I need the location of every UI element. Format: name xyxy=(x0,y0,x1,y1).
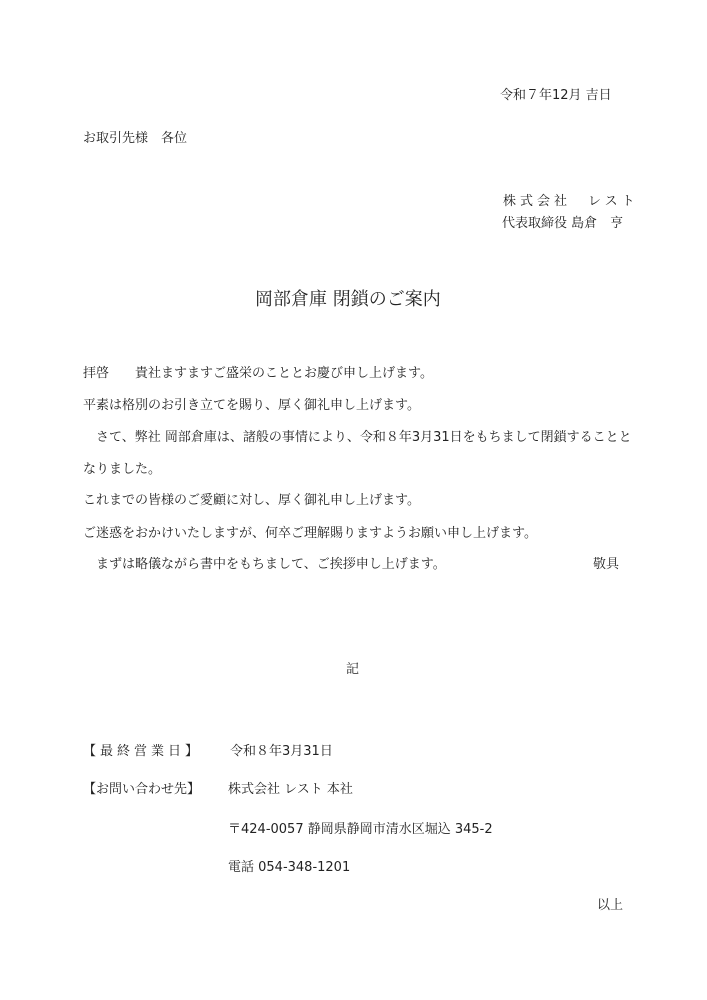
closing-line: まずは略儀ながら書中をもちまして、ご挨拶申し上げます。 xyxy=(83,557,446,573)
last-day-value: 令和８年3月31日 xyxy=(230,744,333,760)
sender-company: 株式会社 レスト xyxy=(503,194,639,210)
page-title: 岡部倉庫 閉鎖のご案内 xyxy=(255,289,441,311)
last-day-label: 【最終営業日】 xyxy=(83,744,202,760)
contact-label: 【お問い合わせ先】 xyxy=(83,782,200,798)
notice-line-1: さて、弊社 岡部倉庫は、諸般の事情により、令和８年3月31日をもちまして閉鎖する… xyxy=(83,430,632,446)
notice-line-2: なりました。 xyxy=(83,462,161,478)
closing-word-keigu: 敬具 xyxy=(593,557,619,573)
thanks-line: これまでの皆様のご愛顧に対し、厚く御礼申し上げます。 xyxy=(83,493,420,509)
contact-company: 株式会社 レスト 本社 xyxy=(228,782,353,798)
contact-phone: 電話 054-348-1201 xyxy=(228,860,350,876)
ki-heading: 記 xyxy=(346,662,359,678)
greeting-line-2: 平素は格別のお引き立てを賜り、厚く御礼申し上げます。 xyxy=(83,398,420,414)
letter-date: 令和７年12月 吉日 xyxy=(500,88,612,104)
contact-address: 〒424-0057 静岡県静岡市清水区堀込 345-2 xyxy=(228,822,493,838)
recipient: お取引先様 各位 xyxy=(83,131,187,147)
greeting-line-1: 拝啓 貴社ますますご盛栄のこととお慶び申し上げます。 xyxy=(83,366,433,382)
apology-line: ご迷惑をおかけいたしますが、何卒ご理解賜りますようお願い申し上げます。 xyxy=(83,526,537,542)
letter-page: 令和７年12月 吉日 お取引先様 各位 株式会社 レスト 代表取締役 島倉 亨 … xyxy=(0,0,707,1000)
sender-representative: 代表取締役 島倉 亨 xyxy=(502,216,623,232)
end-word-ijou: 以上 xyxy=(597,898,623,914)
